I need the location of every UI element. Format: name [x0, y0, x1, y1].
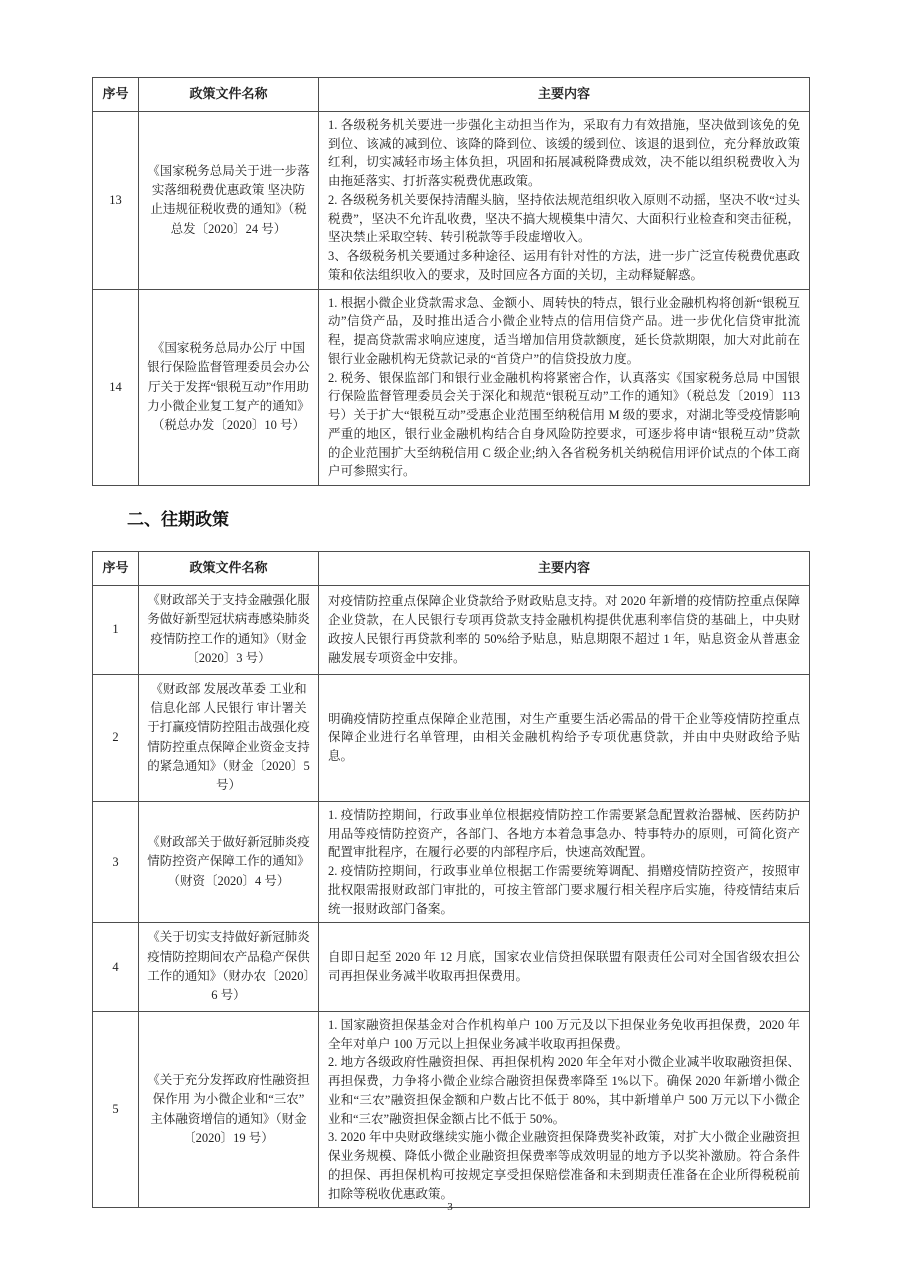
policy-content-cell: 1. 各级税务机关要进一步强化主动担当作为，采取有力有效措施，坚决做到该免的免到…	[319, 111, 810, 289]
policy-content-cell: 1. 疫情防控期间，行政事业单位根据疫情防控工作需要紧急配置救治器械、医药防护用…	[319, 801, 810, 923]
policy-content-cell: 对疫情防控重点保障企业贷款给予财政贴息支持。对 2020 年新增的疫情防控重点保…	[319, 586, 810, 675]
current-policies-table: 序号 政策文件名称 主要内容 13 《国家税务总局关于进一步落实落细税费优惠政策…	[92, 77, 810, 486]
content-paragraph: 1. 疫情防控期间，行政事业单位根据疫情防控工作需要紧急配置救治器械、医药防护用…	[328, 806, 800, 862]
row-number: 4	[93, 923, 139, 1012]
row-number: 1	[93, 586, 139, 675]
content-paragraph: 3. 2020 年中央财政继续实施小微企业融资担保降费奖补政策，对扩大小微企业融…	[328, 1128, 800, 1203]
col-header-content: 主要内容	[319, 552, 810, 586]
content-paragraph: 2. 疫情防控期间，行政事业单位根据工作需要统筹调配、捐赠疫情防控资产，按照审批…	[328, 862, 800, 918]
table-row: 2 《财政部 发展改革委 工业和信息化部 人民银行 审计署关于打赢疫情防控阻击战…	[93, 674, 810, 801]
content-paragraph: 2. 地方各级政府性融资担保、再担保机构 2020 年全年对小微企业减半收取融资…	[328, 1053, 800, 1128]
table-row: 14 《国家税务总局办公厅 中国银行保险监督管理委员会办公厅关于发挥“银税互动”…	[93, 289, 810, 486]
past-policies-table: 序号 政策文件名称 主要内容 1 《财政部关于支持金融强化服务做好新型冠状病毒感…	[92, 551, 810, 1208]
table-header-row: 序号 政策文件名称 主要内容	[93, 78, 810, 112]
col-header-name: 政策文件名称	[139, 552, 319, 586]
col-header-content: 主要内容	[319, 78, 810, 112]
col-header-index: 序号	[93, 552, 139, 586]
table-row: 1 《财政部关于支持金融强化服务做好新型冠状病毒感染肺炎疫情防控工作的通知》（财…	[93, 586, 810, 675]
content-paragraph: 2. 税务、银保监部门和银行业金融机构将紧密合作，认真落实《国家税务总局 中国银…	[328, 369, 800, 482]
row-number: 3	[93, 801, 139, 923]
content-paragraph: 1. 各级税务机关要进一步强化主动担当作为，采取有力有效措施，坚决做到该免的免到…	[328, 116, 800, 191]
content-paragraph: 自即日起至 2020 年 12 月底，国家农业信贷担保联盟有限责任公司对全国省级…	[328, 948, 800, 986]
content-paragraph: 1. 根据小微企业贷款需求急、金额小、周转快的特点，银行业金融机构将创新“银税互…	[328, 294, 800, 369]
policy-name: 《财政部关于做好新冠肺炎疫情防控资产保障工作的通知》（财资〔2020〕4 号）	[139, 801, 319, 923]
document-page: 序号 政策文件名称 主要内容 13 《国家税务总局关于进一步落实落细税费优惠政策…	[0, 0, 900, 1274]
row-number: 13	[93, 111, 139, 289]
table-row: 13 《国家税务总局关于进一步落实落细税费优惠政策 坚决防止违规征税收费的通知》…	[93, 111, 810, 289]
table-header-row: 序号 政策文件名称 主要内容	[93, 552, 810, 586]
table-row: 5 《关于充分发挥政府性融资担保作用 为小微企业和“三农”主体融资增信的通知》（…	[93, 1011, 810, 1208]
content-paragraph: 2. 各级税务机关要保持清醒头脑，坚持依法规范组织收入原则不动摇，坚决不收“过头…	[328, 191, 800, 247]
policy-name: 《财政部关于支持金融强化服务做好新型冠状病毒感染肺炎疫情防控工作的通知》（财金〔…	[139, 586, 319, 675]
content-paragraph: 3、各级税务机关要通过多种途径、运用有针对性的方法，进一步广泛宣传税费优惠政策和…	[328, 247, 800, 285]
policy-name: 《关于切实支持做好新冠肺炎疫情防控期间农产品稳产保供工作的通知》（财办农〔202…	[139, 923, 319, 1012]
policy-content-cell: 1. 国家融资担保基金对合作机构单户 100 万元及以下担保业务免收再担保费，2…	[319, 1011, 810, 1208]
col-header-index: 序号	[93, 78, 139, 112]
page-number: 3	[0, 1201, 900, 1213]
policy-name: 《国家税务总局关于进一步落实落细税费优惠政策 坚决防止违规征税收费的通知》（税总…	[139, 111, 319, 289]
row-number: 2	[93, 674, 139, 801]
row-number: 5	[93, 1011, 139, 1208]
policy-content-cell: 1. 根据小微企业贷款需求急、金额小、周转快的特点，银行业金融机构将创新“银税互…	[319, 289, 810, 486]
row-number: 14	[93, 289, 139, 486]
section-title-past-policies: 二、往期政策	[127, 505, 900, 530]
policy-name: 《财政部 发展改革委 工业和信息化部 人民银行 审计署关于打赢疫情防控阻击战强化…	[139, 674, 319, 801]
policy-name: 《关于充分发挥政府性融资担保作用 为小微企业和“三农”主体融资增信的通知》（财金…	[139, 1011, 319, 1208]
col-header-name: 政策文件名称	[139, 78, 319, 112]
content-paragraph: 对疫情防控重点保障企业贷款给予财政贴息支持。对 2020 年新增的疫情防控重点保…	[328, 592, 800, 667]
table-row: 4 《关于切实支持做好新冠肺炎疫情防控期间农产品稳产保供工作的通知》（财办农〔2…	[93, 923, 810, 1012]
content-paragraph: 明确疫情防控重点保障企业范围，对生产重要生活必需品的骨干企业等疫情防控重点保障企…	[328, 710, 800, 766]
content-paragraph: 1. 国家融资担保基金对合作机构单户 100 万元及以下担保业务免收再担保费，2…	[328, 1016, 800, 1054]
table-row: 3 《财政部关于做好新冠肺炎疫情防控资产保障工作的通知》（财资〔2020〕4 号…	[93, 801, 810, 923]
policy-name: 《国家税务总局办公厅 中国银行保险监督管理委员会办公厅关于发挥“银税互动”作用助…	[139, 289, 319, 486]
policy-content-cell: 自即日起至 2020 年 12 月底，国家农业信贷担保联盟有限责任公司对全国省级…	[319, 923, 810, 1012]
policy-content-cell: 明确疫情防控重点保障企业范围，对生产重要生活必需品的骨干企业等疫情防控重点保障企…	[319, 674, 810, 801]
